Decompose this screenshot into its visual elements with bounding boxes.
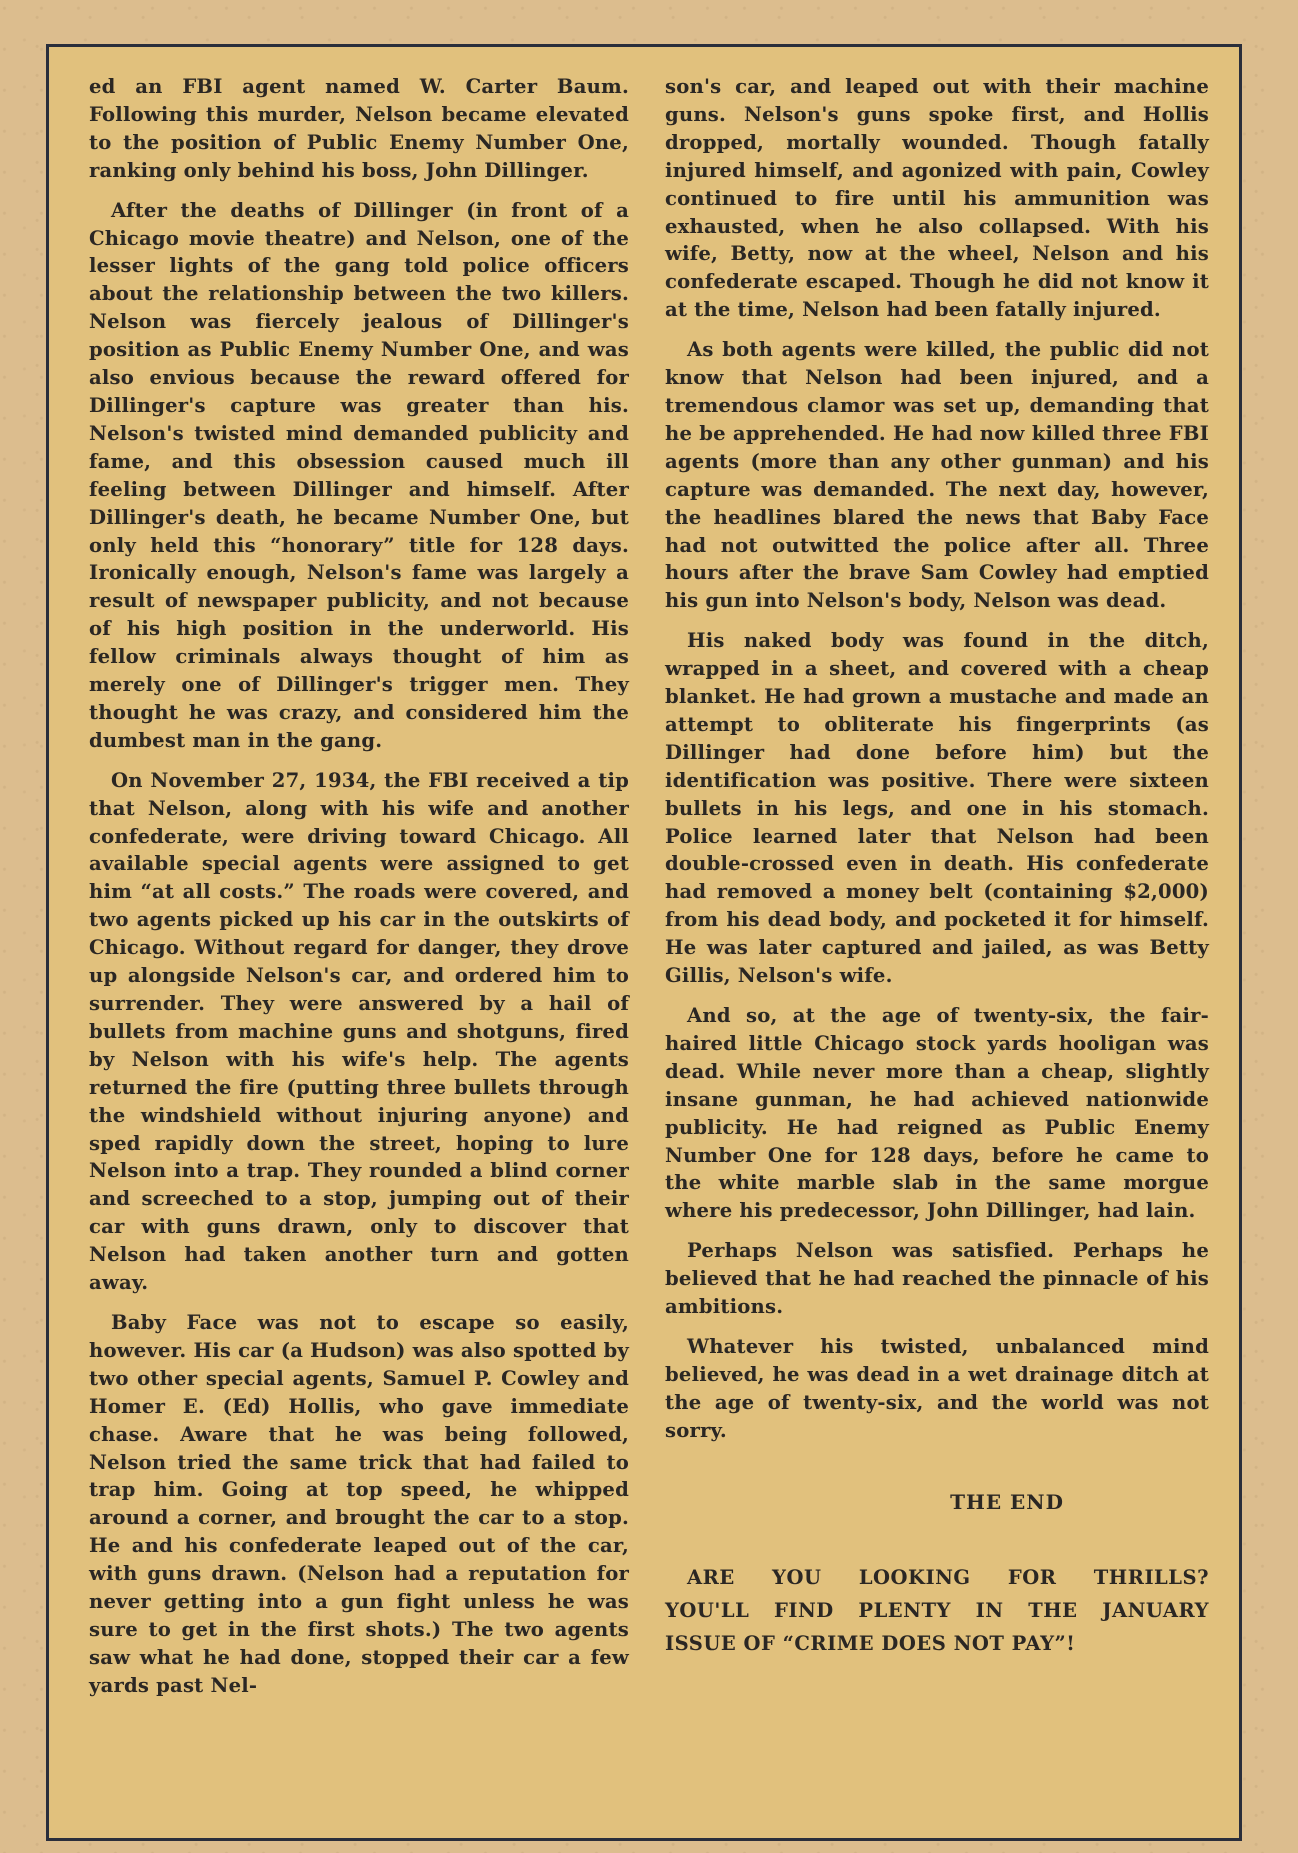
right-column: son's car, and leaped out with their mac…	[665, 73, 1209, 1660]
left-column: ed an FBI agent named W. Carter Baum. Fo…	[89, 73, 629, 1712]
paragraph: After the deaths of Dillinger (in front …	[89, 197, 629, 755]
promo-line: ARE YOU LOOKING FOR THRILLS?	[665, 1561, 1209, 1594]
paragraph: And so, at the age of twenty-six, the fa…	[665, 1002, 1209, 1225]
paragraph: son's car, and leaped out with their mac…	[665, 73, 1209, 324]
paragraph: As both agents were killed, the public d…	[665, 336, 1209, 615]
paragraph: On November 27, 1934, the FBI received a…	[89, 767, 629, 1297]
the-end-label: THE END	[665, 1489, 1209, 1517]
paragraph: ed an FBI agent named W. Carter Baum. Fo…	[89, 73, 629, 185]
text-panel: ed an FBI agent named W. Carter Baum. Fo…	[46, 44, 1242, 1841]
promo-line: ISSUE OF “CRIME DOES NOT PAY”!	[665, 1627, 1209, 1660]
paragraph: Baby Face was not to escape so easily, h…	[89, 1309, 629, 1700]
promo-line: YOU'LL FIND PLENTY IN THE JANUARY	[665, 1594, 1209, 1627]
paragraph: His naked body was found in the ditch, w…	[665, 627, 1209, 990]
promo-text: ARE YOU LOOKING FOR THRILLS? YOU'LL FIND…	[665, 1561, 1209, 1660]
paragraph: Whatever his twisted, unbalanced mind be…	[665, 1333, 1209, 1445]
paragraph: Perhaps Nelson was satisfied. Perhaps he…	[665, 1237, 1209, 1321]
